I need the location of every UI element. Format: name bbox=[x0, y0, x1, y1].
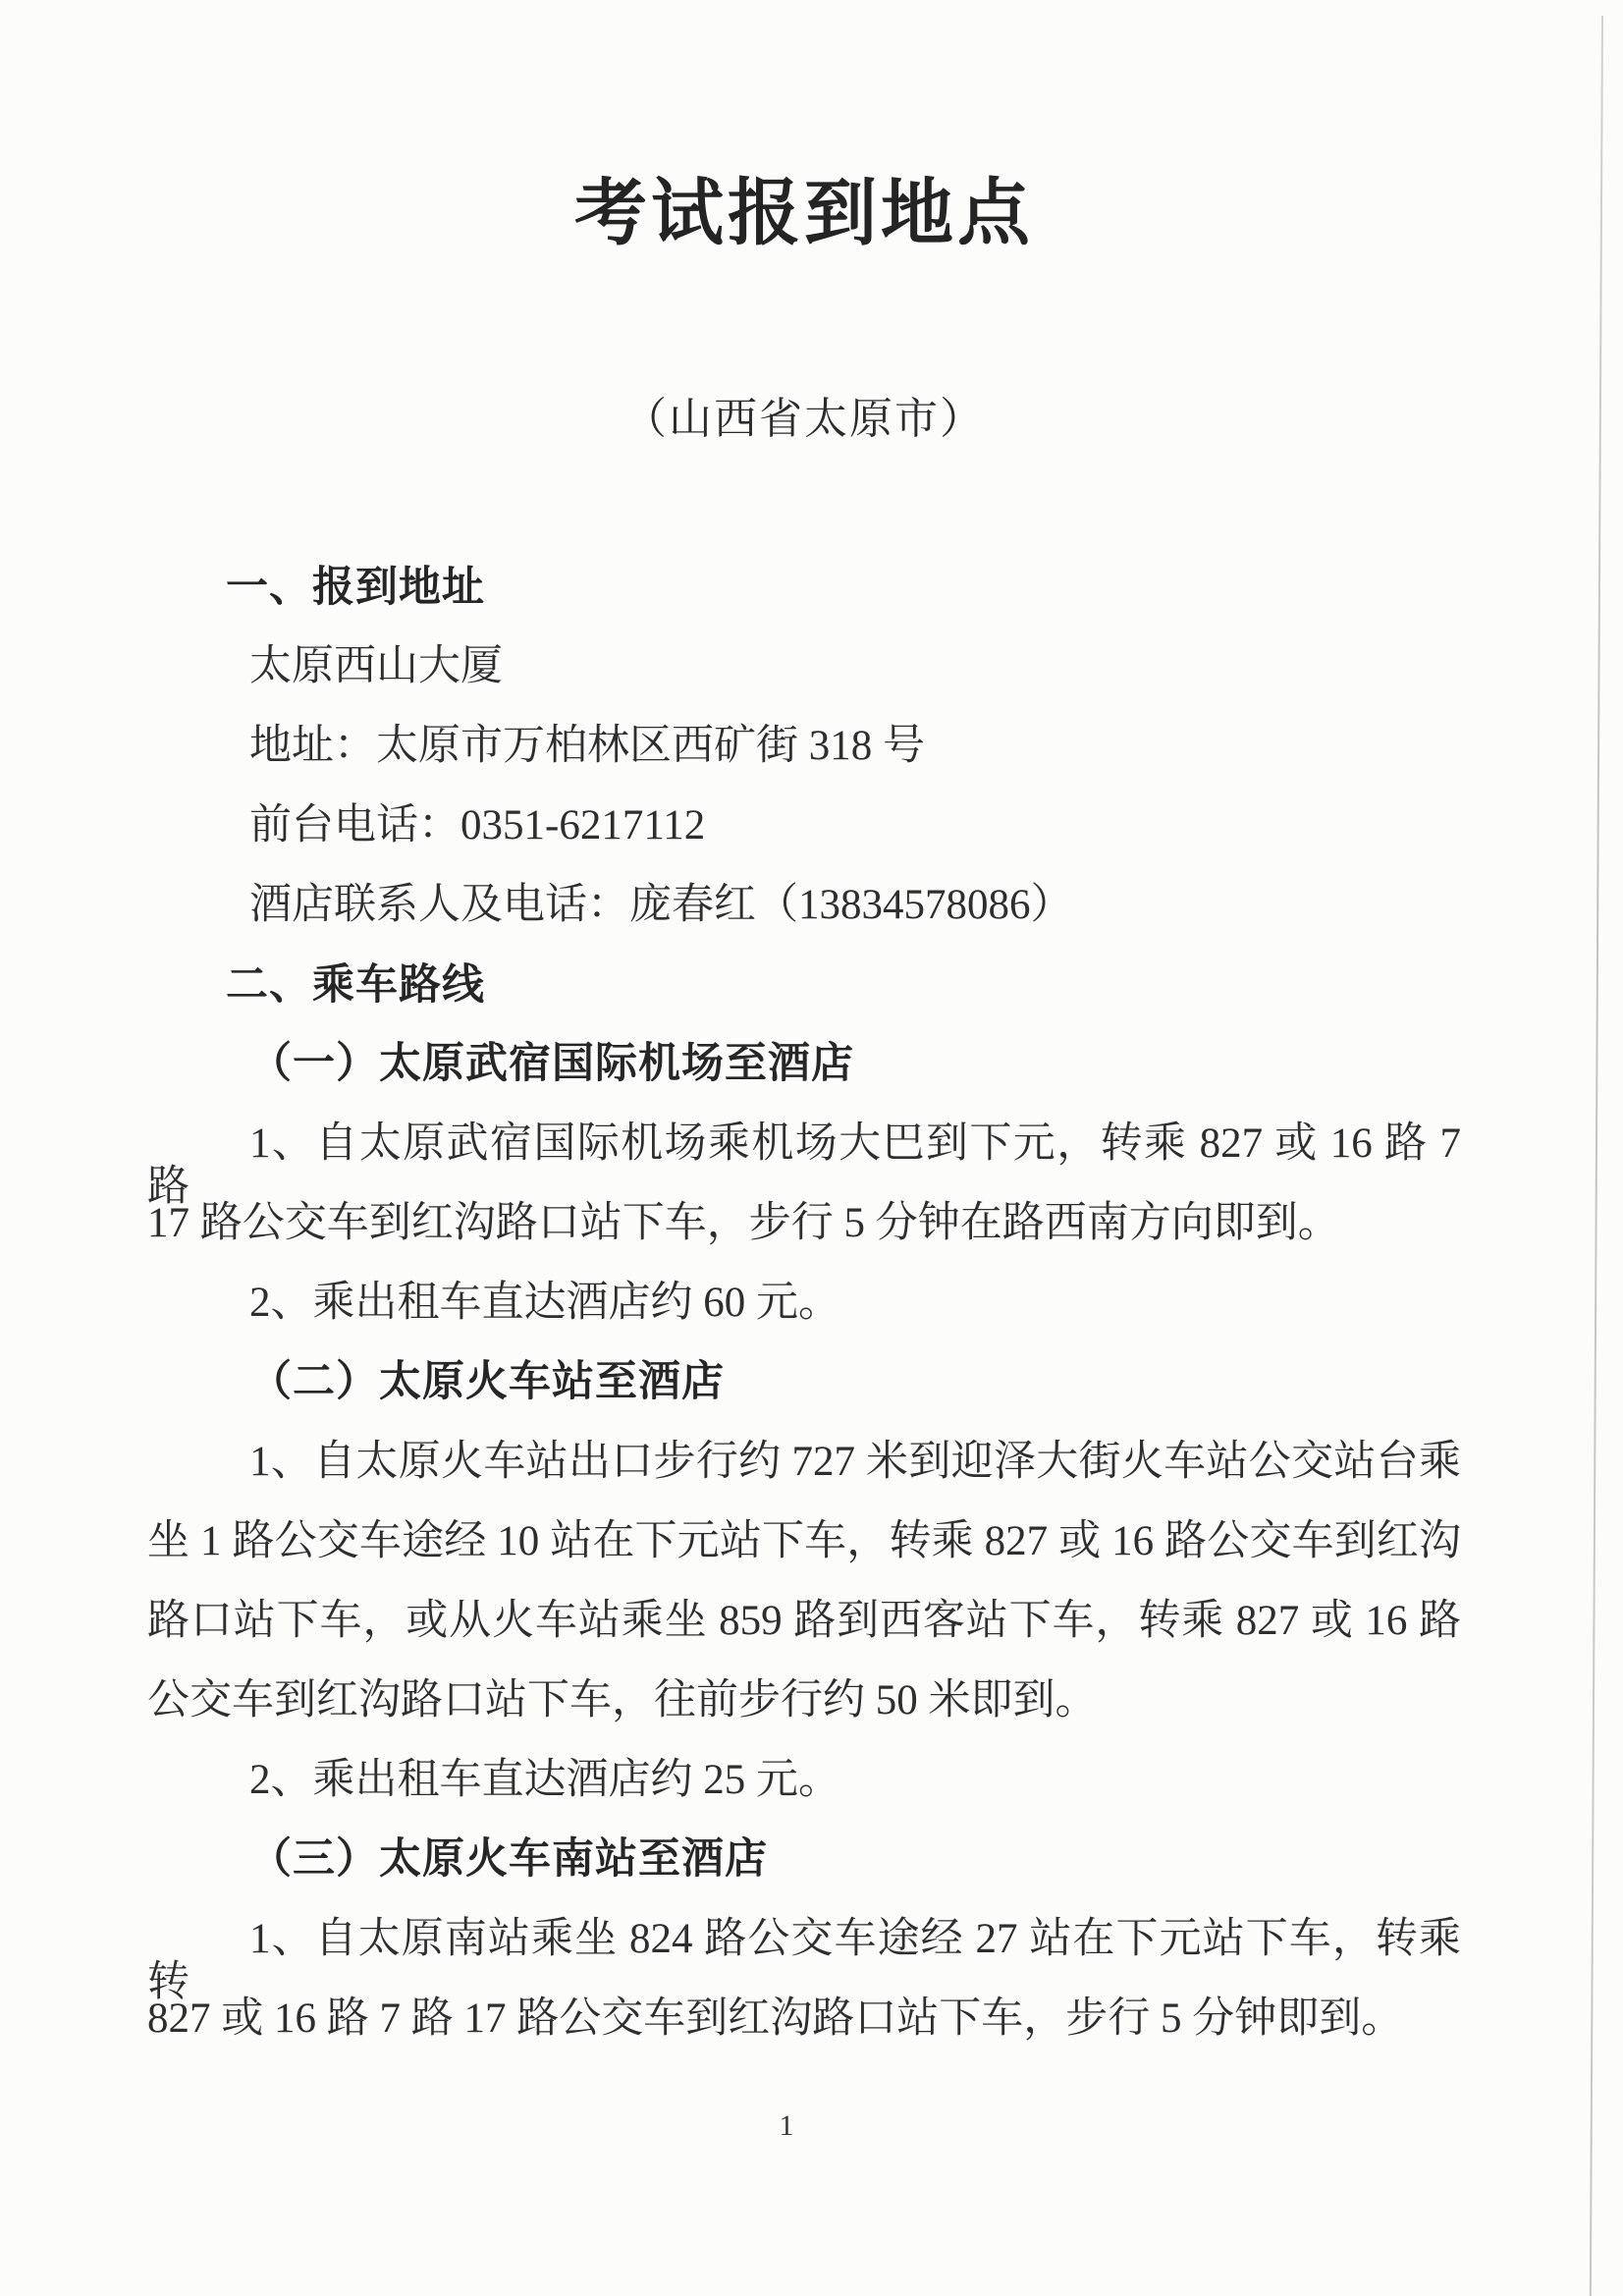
subsection-heading-airport-route: （一）太原武宿国际机场至酒店 bbox=[147, 1043, 1461, 1086]
south-station-route-step1-line: 827 或 16 路 7 路 17 路公交车到红沟路口站下车，步行 5 分钟即到… bbox=[147, 1997, 1461, 2041]
scan-edge-artifact bbox=[1590, 16, 1603, 2296]
railway-route-step1-line: 坐 1 路公交车途经 10 站在下元站下车，转乘 827 或 16 路公交车到红… bbox=[147, 1520, 1461, 1563]
hotel-address-line: 地址：太原市万柏林区西矿街 318 号 bbox=[147, 725, 1461, 768]
front-desk-phone-line: 前台电话：0351-6217112 bbox=[147, 804, 1461, 847]
railway-route-step1-line: 路口站下车，或从火车站乘坐 859 路到西客站下车，转乘 827 或 16 路 bbox=[147, 1600, 1461, 1643]
hotel-contact-line: 酒店联系人及电话：庞春红（13834578086） bbox=[147, 884, 1461, 927]
section-heading-bus-routes: 二、乘车路线 bbox=[226, 963, 1461, 1007]
hotel-name-line: 太原西山大厦 bbox=[147, 645, 1461, 688]
document-title: 考试报到地点 bbox=[147, 175, 1461, 251]
subsection-heading-railway-route: （二）太原火车站至酒店 bbox=[147, 1361, 1461, 1404]
document-subtitle: （山西省太原市） bbox=[147, 397, 1461, 442]
section-heading-report-address: 一、报到地址 bbox=[226, 566, 1461, 609]
south-station-route-step1-line: 1、自太原南站乘坐 824 路公交车途经 27 站在下元站下车，转乘转 bbox=[147, 1918, 1461, 1961]
document-page: 考试报到地点 （山西省太原市） 一、报到地址 太原西山大厦 地址：太原市万柏林区… bbox=[0, 0, 1623, 2296]
airport-route-step1-line: 17 路公交车到红沟路口站下车，步行 5 分钟在路西南方向即到。 bbox=[147, 1202, 1461, 1245]
airport-route-step1-line: 1、自太原武宿国际机场乘机场大巴到下元，转乘 827 或 16 路 7 路 bbox=[147, 1122, 1461, 1166]
subsection-heading-south-station-route: （三）太原火车南站至酒店 bbox=[147, 1838, 1461, 1882]
railway-route-step1-line: 公交车到红沟路口站下车，往前步行约 50 米即到。 bbox=[147, 1679, 1461, 1722]
railway-route-step1-line: 1、自太原火车站出口步行约 727 米到迎泽大街火车站公交站台乘 bbox=[147, 1441, 1461, 1484]
airport-route-taxi-line: 2、乘出租车直达酒店约 60 元。 bbox=[147, 1282, 1461, 1325]
railway-route-taxi-line: 2、乘出租车直达酒店约 25 元。 bbox=[147, 1759, 1461, 1802]
page-number: 1 bbox=[130, 2106, 1443, 2146]
